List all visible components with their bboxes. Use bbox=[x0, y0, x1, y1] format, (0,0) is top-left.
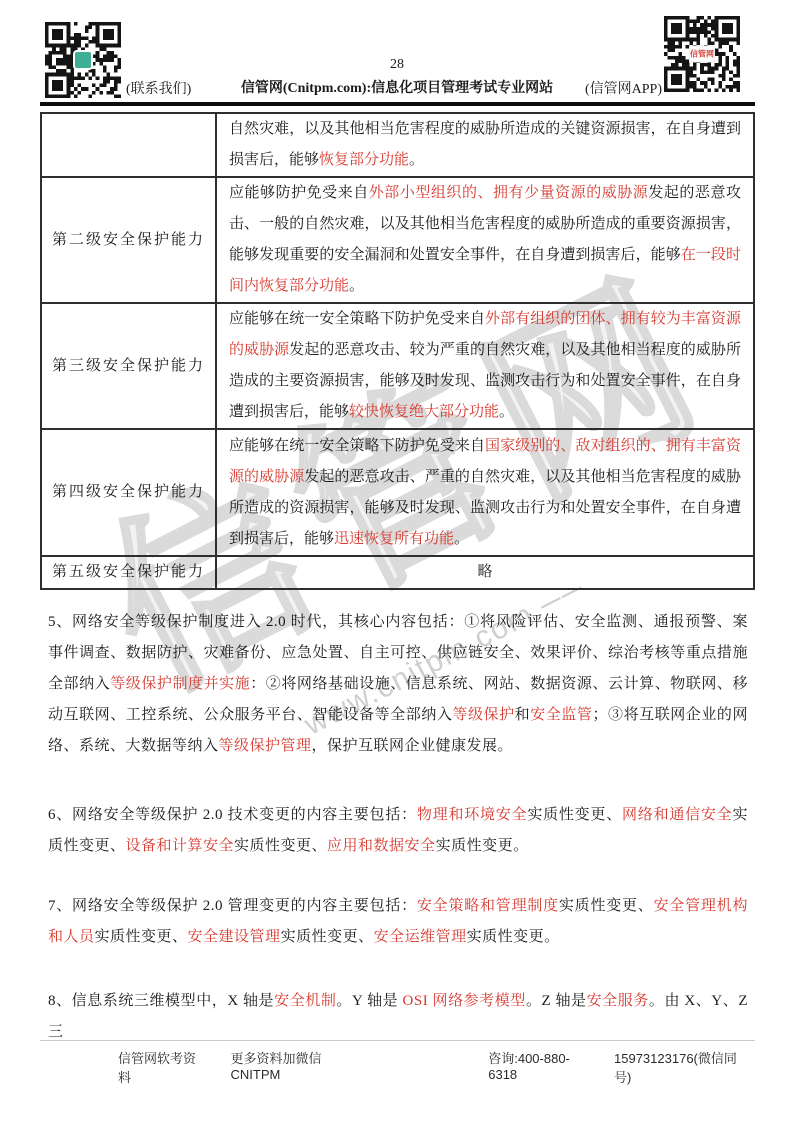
page-footer: 信管网软考资料 更多资料加微信 CNITPM 咨询:400-880-6318 1… bbox=[118, 1048, 738, 1086]
footer-rule bbox=[40, 1040, 755, 1041]
row-content: 应能够在统一安全策略下防护免受来自外部有组织的团体、拥有较为丰富资源的威胁源发起… bbox=[216, 303, 754, 429]
paragraph-6: 6、网络安全等级保护 2.0 技术变更的内容主要包括：物理和环境安全实质性变更、… bbox=[48, 800, 748, 862]
row-label: 第五级安全保护能力 bbox=[41, 556, 216, 589]
document-page: 信管网 www.cnitpm.com ── (联系我们) 28 信管网(Cnit… bbox=[0, 0, 794, 1123]
row-content: 应能够防护免受来自外部小型组织的、拥有少量资源的威胁源发起的恶意攻击、一般的自然… bbox=[216, 177, 754, 303]
paragraph-8: 8、信息系统三维模型中，X 轴是安全机制。Y 轴是 OSI 网络参考模型。Z 轴… bbox=[48, 986, 748, 1048]
table-row: 第三级安全保护能力 应能够在统一安全策略下防护免受来自外部有组织的团体、拥有较为… bbox=[41, 303, 754, 429]
row-content: 应能够在统一安全策略下防护免受来自国家级别的、敌对组织的、拥有丰富资源的威胁源发… bbox=[216, 429, 754, 556]
row-label bbox=[41, 113, 216, 177]
footer-mobile-text: 15973123176(微信同号) bbox=[614, 1048, 738, 1086]
table-row: 第五级安全保护能力 略 bbox=[41, 556, 754, 589]
row-label: 第二级安全保护能力 bbox=[41, 177, 216, 303]
security-capability-table: 自然灾难，以及其他相当危害程度的威胁所造成的关键资源损害，在自身遭到损害后，能够… bbox=[40, 112, 755, 590]
row-content: 略 bbox=[216, 556, 754, 589]
row-label: 第四级安全保护能力 bbox=[41, 429, 216, 556]
footer-brand-text: 信管网软考资料 bbox=[118, 1048, 198, 1086]
table-row: 第二级安全保护能力 应能够防护免受来自外部小型组织的、拥有少量资源的威胁源发起的… bbox=[41, 177, 754, 303]
row-content: 自然灾难，以及其他相当危害程度的威胁所造成的关键资源损害，在自身遭到损害后，能够… bbox=[216, 113, 754, 177]
app-qr-code: 信管网 bbox=[664, 16, 740, 92]
paragraph-7: 7、网络安全等级保护 2.0 管理变更的内容主要包括：安全策略和管理制度实质性变… bbox=[48, 891, 748, 953]
paragraph-5: 5、网络安全等级保护制度进入 2.0 时代，其核心内容包括：①将风险评估、安全监… bbox=[48, 607, 748, 762]
table-row: 自然灾难，以及其他相当危害程度的威胁所造成的关键资源损害，在自身遭到损害后，能够… bbox=[41, 113, 754, 177]
table-row: 第四级安全保护能力 应能够在统一安全策略下防护免受来自国家级别的、敌对组织的、拥… bbox=[41, 429, 754, 556]
row-label: 第三级安全保护能力 bbox=[41, 303, 216, 429]
page-header: (联系我们) 28 信管网(Cnitpm.com):信息化项目管理考试专业网站 … bbox=[0, 0, 794, 110]
app-label: (信管网APP) bbox=[585, 78, 662, 98]
footer-phone-text: 咨询:400-880-6318 bbox=[488, 1048, 586, 1082]
header-rule bbox=[40, 102, 755, 106]
footer-wechat-text: 更多资料加微信 CNITPM bbox=[230, 1048, 358, 1082]
cnitpm-logo-icon: 信管网 bbox=[689, 46, 715, 63]
